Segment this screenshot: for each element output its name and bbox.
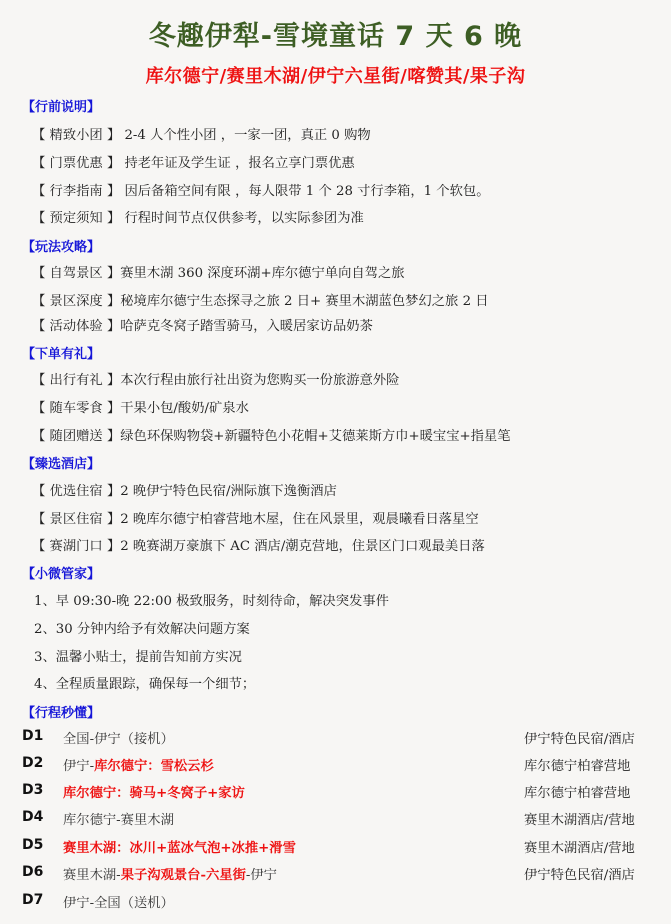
section-label-butler: 【小微管家】 xyxy=(22,563,100,582)
service-row: 2、30 分钟内给予有效解决问题方案 xyxy=(34,618,250,637)
info-row: 【 随团赠送 】绿色环保购物袋+新疆特色小花帽+艾德莱斯方巾+暖宝宝+指星笔 xyxy=(32,425,511,444)
day-accommodation: 伊宁特色民宿/酒店 xyxy=(524,728,635,747)
route-text: 全国-伊宁（接机） xyxy=(63,732,174,747)
day-accommodation: 库尔德宁柏睿营地 xyxy=(524,755,630,774)
info-row: 【 预定须知 】 行程时间节点仅供参考，以实际参团为准 xyxy=(32,207,364,226)
service-row: 1、早 09:30-晚 22:00 极致服务，时刻待命，解决突发事件 xyxy=(34,590,389,609)
day-accommodation: 赛里木湖酒店/营地 xyxy=(524,809,635,828)
day-description: 伊宁-全国（送机） xyxy=(63,892,174,911)
info-row: 【 优选住宿 】2 晚伊宁特色民宿/洲际旗下逸衡酒店 xyxy=(32,480,337,499)
route-text: 库尔德宁-赛里木湖 xyxy=(63,813,174,828)
day-label: D7 xyxy=(22,892,43,908)
info-row: 【 精致小团 】 2-4 人个性小团 ，一家一团，真正 0 购物 xyxy=(32,124,371,143)
route-text: -伊宁 xyxy=(246,868,277,883)
section-label-before-trip: 【行前说明】 xyxy=(22,96,100,115)
section-label-gifts: 【下单有礼】 xyxy=(22,343,100,362)
service-row: 3、温馨小贴士，提前告知前方实况 xyxy=(34,646,242,665)
day-label: D2 xyxy=(22,755,43,771)
page-title: 冬趣伊犁-雪境童话 7 天 6 晚 xyxy=(0,14,671,53)
info-row: 【 随车零食 】干果小包/酸奶/矿泉水 xyxy=(32,397,249,416)
day-label: D6 xyxy=(22,864,43,880)
route-highlight: 库尔德宁：雪松云杉 xyxy=(94,759,214,774)
route-text: 伊宁- xyxy=(63,759,94,774)
route-text: 伊宁-全国（送机） xyxy=(63,896,174,911)
section-label-play-guide: 【玩法攻略】 xyxy=(22,236,100,255)
day-description: 赛里木湖：冰川+蓝冰气泡+冰推+滑雪 xyxy=(63,837,296,856)
day-description: 库尔德宁-赛里木湖 xyxy=(63,809,174,828)
day-accommodation: 赛里木湖酒店/营地 xyxy=(524,837,635,856)
section-label-itinerary: 【行程秒懂】 xyxy=(22,702,100,721)
day-description: 全国-伊宁（接机） xyxy=(63,728,174,747)
route-highlight: 库尔德宁：骑马+冬窝子+家访 xyxy=(63,786,245,801)
info-row: 【 门票优惠 】 持老年证及学生证 ，报名立享门票优惠 xyxy=(32,152,355,171)
info-row: 【 活动体验 】哈萨克冬窝子踏雪骑马，入暖居家访品奶茶 xyxy=(32,315,373,334)
info-row: 【 景区深度 】秘境库尔德宁生态探寻之旅 2 日+ 赛里木湖蓝色梦幻之旅 2 日 xyxy=(32,290,489,309)
day-description: 伊宁-库尔德宁：雪松云杉 xyxy=(63,755,214,774)
info-row: 【 出行有礼 】本次行程由旅行社出资为您购买一份旅游意外险 xyxy=(32,369,399,388)
info-row: 【 行李指南 】 因后备箱空间有限 ，每人限带 1 个 28 寸行李箱，1 个软… xyxy=(32,180,490,199)
day-label: D4 xyxy=(22,809,43,825)
day-label: D5 xyxy=(22,837,43,853)
day-label: D3 xyxy=(22,782,43,798)
info-row: 【 景区住宿 】2 晚库尔德宁柏睿营地木屋，住在风景里，观晨曦看日落星空 xyxy=(32,508,479,527)
day-description: 库尔德宁：骑马+冬窝子+家访 xyxy=(63,782,245,801)
section-label-hotels: 【臻选酒店】 xyxy=(22,453,100,472)
day-accommodation: 伊宁特色民宿/酒店 xyxy=(524,864,635,883)
route-highlight: 赛里木湖：冰川+蓝冰气泡+冰推+滑雪 xyxy=(63,841,296,856)
day-description: 赛里木湖-果子沟观景台-六星街-伊宁 xyxy=(63,864,277,883)
route-highlight: 果子沟观景台-六星街 xyxy=(121,868,246,883)
page-subtitle: 库尔德宁/赛里木湖/伊宁六星街/喀赞其/果子沟 xyxy=(0,62,671,88)
day-label: D1 xyxy=(22,728,43,744)
route-text: 赛里木湖- xyxy=(63,868,121,883)
service-row: 4、全程质量跟踪，确保每一个细节； xyxy=(34,673,255,692)
info-row: 【 自驾景区 】赛里木湖 360 深度环湖+库尔德宁单向自驾之旅 xyxy=(32,262,405,281)
day-accommodation: 库尔德宁柏睿营地 xyxy=(524,782,630,801)
info-row: 【 赛湖门口 】2 晚赛湖万豪旗下 AC 酒店/潮克营地，住景区门口观最美日落 xyxy=(32,535,485,554)
